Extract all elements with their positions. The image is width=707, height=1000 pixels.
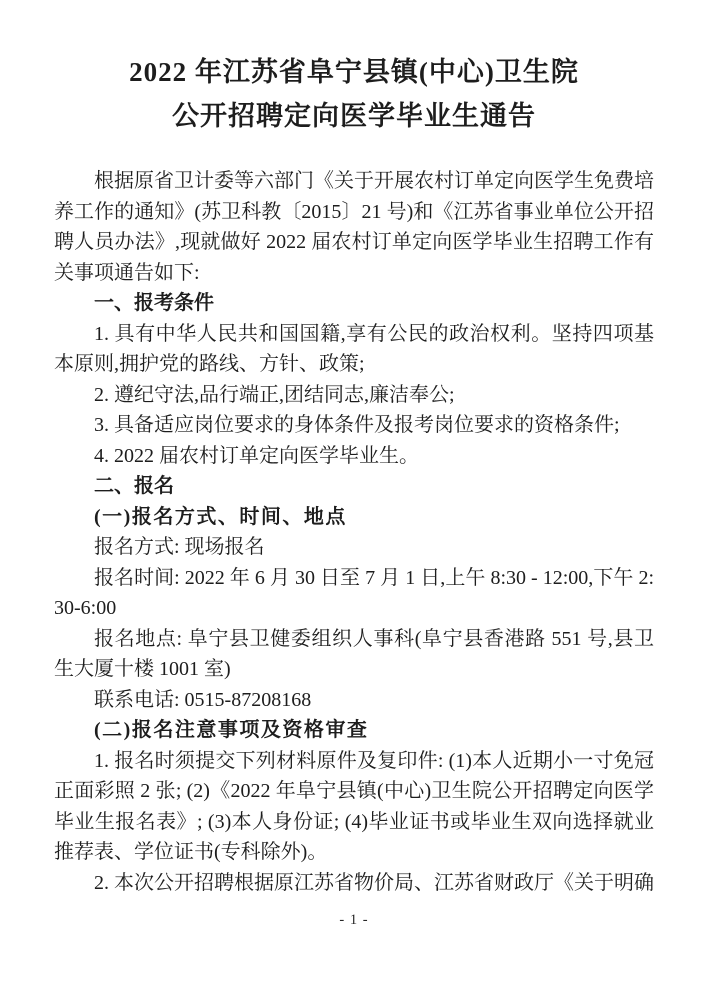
document-title: 2022 年江苏省阜宁县镇(中心)卫生院 公开招聘定向医学毕业生通告 (54, 50, 654, 138)
title-line-2: 公开招聘定向医学毕业生通告 (54, 94, 654, 138)
heading-application-conditions: 一、报考条件 (54, 288, 654, 319)
page-number: - 1 - (54, 912, 654, 929)
condition-item-4: 4. 2022 届农村订单定向医学毕业生。 (54, 441, 654, 472)
notes-item-1: 1. 报名时须提交下列材料原件及复印件: (1)本人近期小一寸免冠正面彩照 2 … (54, 746, 654, 868)
registration-location-line: 报名地点: 阜宁县卫健委组织人事科(阜宁县香港路 551 号,县卫生大厦十楼 1… (54, 624, 654, 685)
document-page: 2022 年江苏省阜宁县镇(中心)卫生院 公开招聘定向医学毕业生通告 根据原省卫… (0, 0, 707, 1000)
subheading-registration-method: (一)报名方式、时间、地点 (54, 502, 654, 533)
registration-method-line: 报名方式: 现场报名 (54, 532, 654, 563)
condition-item-1: 1. 具有中华人民共和国国籍,享有公民的政治权利。坚持四项基本原则,拥护党的路线… (54, 319, 654, 380)
subheading-registration-notes: (二)报名注意事项及资格审查 (54, 715, 654, 746)
registration-time-line: 报名时间: 2022 年 6 月 30 日至 7 月 1 日,上午 8:30 -… (54, 563, 654, 624)
title-line-1: 2022 年江苏省阜宁县镇(中心)卫生院 (54, 50, 654, 94)
condition-item-2: 2. 遵纪守法,品行端正,团结同志,廉洁奉公; (54, 380, 654, 411)
notes-item-2-truncated: 2. 本次公开招聘根据原江苏省物价局、江苏省财政厅《关于明确 (54, 868, 654, 899)
heading-registration: 二、报名 (54, 471, 654, 502)
paragraph-intro: 根据原省卫计委等六部门《关于开展农村订单定向医学生免费培养工作的通知》(苏卫科教… (54, 166, 654, 288)
contact-phone-line: 联系电话: 0515-87208168 (54, 685, 654, 716)
condition-item-3: 3. 具备适应岗位要求的身体条件及报考岗位要求的资格条件; (54, 410, 654, 441)
